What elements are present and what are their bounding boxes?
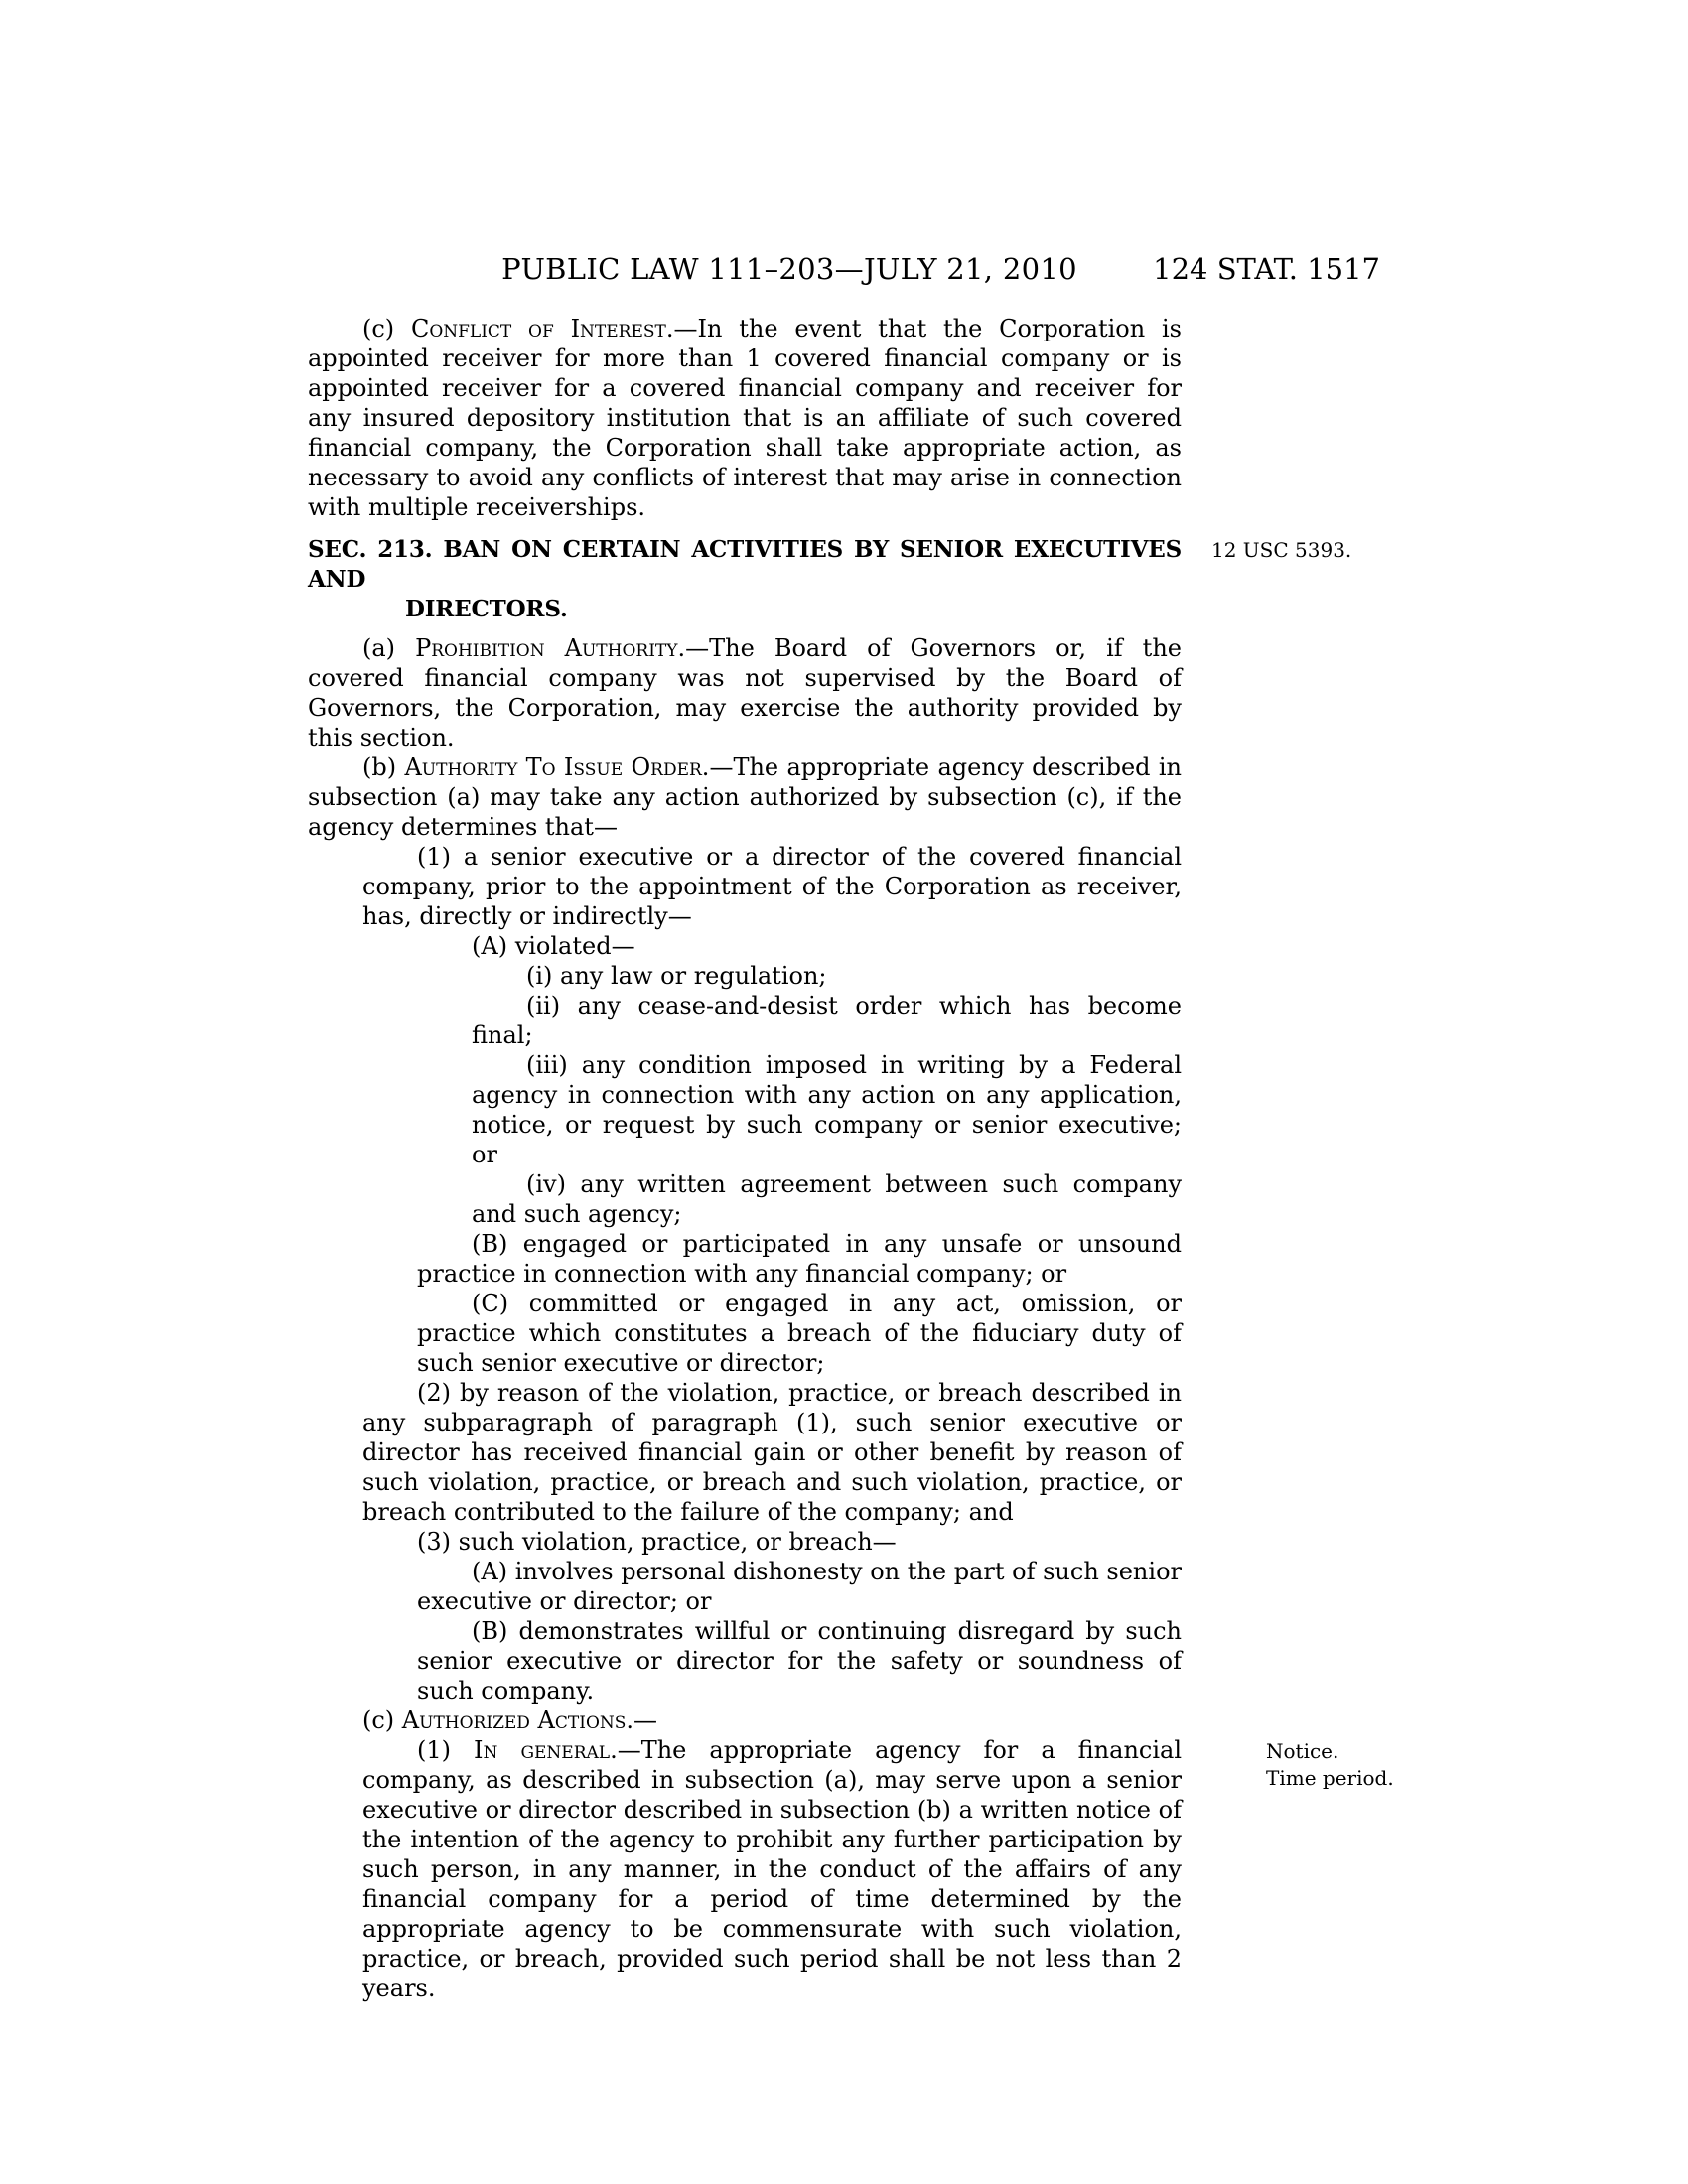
small-caps-run: Authorized Actions. xyxy=(402,1706,633,1734)
paragraph: (3) such violation, practice, or breach— xyxy=(362,1527,1182,1557)
text-run: — xyxy=(633,1706,657,1734)
text-run: (B) demonstrates willful or continuing d… xyxy=(417,1617,1182,1705)
text-run: —The appropriate agency for a financial … xyxy=(362,1736,1182,2002)
margin-note-line: 12 USC 5393. xyxy=(1211,537,1460,564)
paragraph: (1) a senior executive or a director of … xyxy=(362,842,1182,931)
paragraph: (2) by reason of the violation, practice… xyxy=(362,1378,1182,1527)
paragraph: (ii) any cease-and-desist order which ha… xyxy=(472,991,1182,1050)
text-run: —In the event that the Corporation is ap… xyxy=(308,315,1182,521)
text-run: (i) any law or regulation; xyxy=(526,962,826,990)
statute-page: PUBLIC LAW 111–203—JULY 21, 2010 124 STA… xyxy=(0,0,1688,2184)
paragraph: (B) engaged or participated in any unsaf… xyxy=(417,1229,1182,1289)
text-run: (c) xyxy=(362,315,411,342)
paragraph: (c) Conflict of Interest.—In the event t… xyxy=(308,314,1182,522)
paragraph: (a) Prohibition Authority.—The Board of … xyxy=(308,633,1182,752)
text-run: (1) a senior executive or a director of … xyxy=(362,843,1182,930)
paragraph: (A) violated— xyxy=(417,931,1182,961)
paragraph: (iii) any condition imposed in writing b… xyxy=(472,1050,1182,1169)
text-run: (A) violated— xyxy=(472,932,635,960)
section-heading-line: SEC. 213. BAN ON CERTAIN ACTIVITIES BY S… xyxy=(308,535,1182,595)
margin-note-line: Time period. xyxy=(1266,1765,1514,1792)
paragraph: (b) Authority To Issue Order.—The approp… xyxy=(308,752,1182,842)
text-run: (1) xyxy=(417,1736,474,1764)
text-run: (a) xyxy=(362,634,415,662)
paragraph: (i) any law or regulation; xyxy=(472,961,1182,991)
paragraph: (c) Authorized Actions.— xyxy=(308,1706,1182,1735)
text-column: (c) Conflict of Interest.—In the event t… xyxy=(308,314,1182,2003)
text-run: (C) committed or engaged in any act, omi… xyxy=(417,1290,1182,1377)
margin-note: Notice.Time period. xyxy=(1266,1738,1514,1792)
text-run: (A) involves personal dishonesty on the … xyxy=(417,1558,1182,1615)
text-run: (3) such violation, practice, or breach— xyxy=(417,1528,897,1556)
paragraph: (C) committed or engaged in any act, omi… xyxy=(417,1289,1182,1378)
section-heading: SEC. 213. BAN ON CERTAIN ACTIVITIES BY S… xyxy=(308,535,1182,624)
paragraph: (A) involves personal dishonesty on the … xyxy=(417,1557,1182,1616)
text-run: (b) xyxy=(362,753,404,781)
law-title: PUBLIC LAW 111–203—JULY 21, 2010 xyxy=(308,252,1271,286)
text-run: (iv) any written agreement between such … xyxy=(472,1170,1182,1228)
text-run: (2) by reason of the violation, practice… xyxy=(362,1379,1182,1526)
text-run: (c) xyxy=(362,1706,402,1734)
section-heading-line: DIRECTORS. xyxy=(308,595,1182,624)
page-header: PUBLIC LAW 111–203—JULY 21, 2010 124 STA… xyxy=(308,252,1380,292)
small-caps-run: Authority To Issue Order. xyxy=(404,753,709,781)
small-caps-run: Prohibition Authority. xyxy=(415,634,685,662)
paragraph: (iv) any written agreement between such … xyxy=(472,1169,1182,1229)
margin-note: 12 USC 5393. xyxy=(1211,537,1460,564)
small-caps-run: In general. xyxy=(474,1736,618,1764)
text-run: (B) engaged or participated in any unsaf… xyxy=(417,1230,1182,1288)
text-run: (ii) any cease-and-desist order which ha… xyxy=(472,992,1182,1049)
margin-note-line: Notice. xyxy=(1266,1738,1514,1765)
paragraph: (B) demonstrates willful or continuing d… xyxy=(417,1616,1182,1706)
small-caps-run: Conflict of Interest. xyxy=(411,315,674,342)
paragraph: (1) In general.—The appropriate agency f… xyxy=(362,1735,1182,2003)
text-run: (iii) any condition imposed in writing b… xyxy=(472,1051,1182,1168)
stat-page-number: 124 STAT. 1517 xyxy=(1153,252,1380,286)
